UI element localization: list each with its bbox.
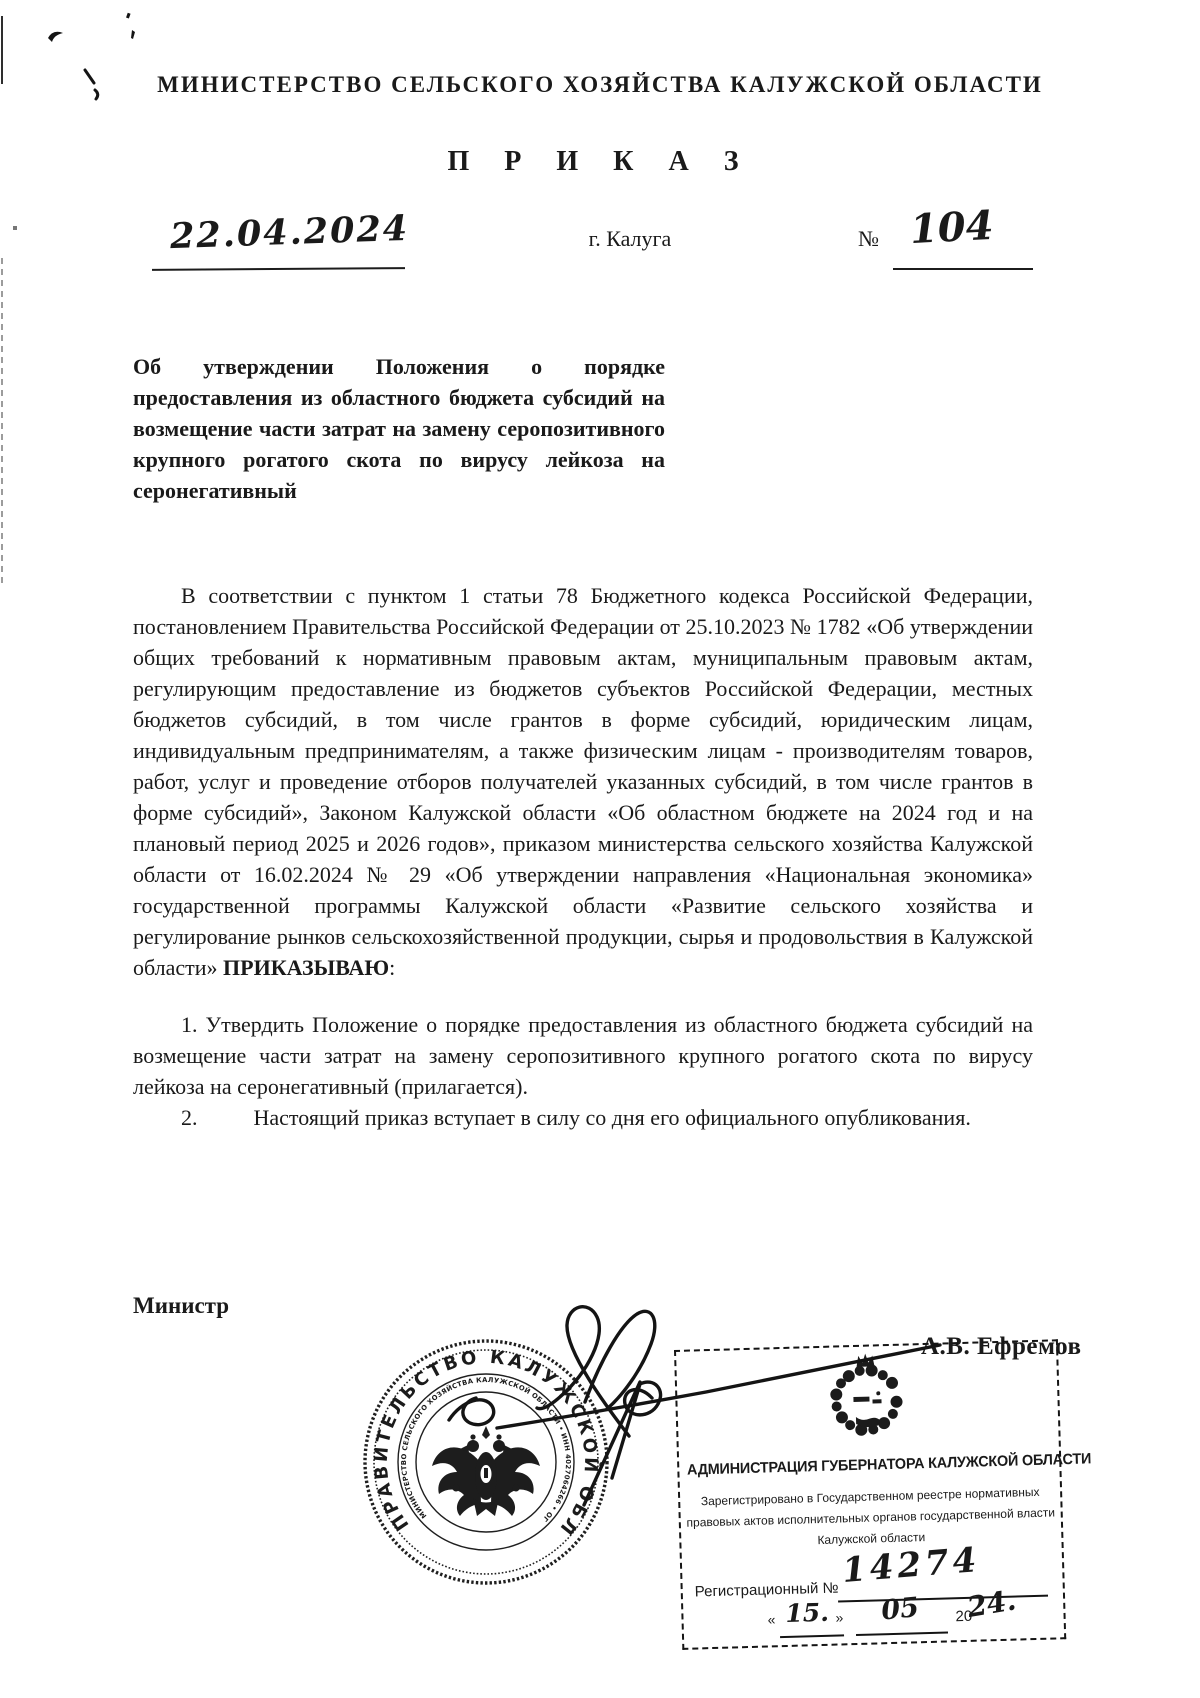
signer-position: Министр (133, 1293, 229, 1319)
date-underline (152, 267, 405, 271)
stamp-month-underline (856, 1631, 948, 1636)
stamp-day-handwritten: 15. (785, 1598, 829, 1628)
stamp-day-underline (780, 1634, 844, 1638)
number-sign: № (858, 226, 879, 252)
registration-number-underline (838, 1595, 1048, 1603)
item2-text: Настоящий приказ вступает в силу со дня … (254, 1105, 971, 1130)
document-type-title: П Р И К А З (0, 146, 1200, 178)
stamp-year-handwritten: 24. (965, 1583, 1019, 1624)
scan-edge-dashed-artifact (1, 258, 3, 588)
item2-number: 2. (181, 1105, 198, 1130)
order-item-1: 1. Утвердить Положение о порядке предост… (133, 1009, 1033, 1102)
orders-word: ПРИКАЗЫВАЮ (223, 955, 389, 980)
date-quote-open: « (767, 1611, 775, 1627)
date-quote-close: » (835, 1609, 843, 1625)
preamble-paragraph: В соответствии с пунктом 1 статьи 78 Бюд… (133, 580, 1033, 983)
stamp-month-handwritten: 05 (880, 1592, 920, 1627)
orders-colon: : (389, 955, 395, 980)
scanned-order-document: МИНИСТЕРСТВО СЕЛЬСКОГО ХОЗЯЙСТВА КАЛУЖСК… (0, 0, 1200, 1698)
order-number-handwritten: 104 (909, 202, 995, 253)
scan-speck-artifacts (0, 0, 170, 260)
order-item-2: 2.Настоящий приказ вступает в силу со дн… (133, 1102, 1033, 1133)
preamble-text: В соответствии с пунктом 1 статьи 78 Бюд… (133, 583, 1033, 980)
order-body: В соответствии с пунктом 1 статьи 78 Бюд… (133, 580, 1033, 1133)
minister-signature (430, 1270, 1010, 1520)
number-underline (893, 268, 1033, 270)
order-date-handwritten: 22.04.2024 (169, 208, 409, 257)
order-subject: Об утверждении Положения о порядке предо… (133, 351, 665, 506)
place-of-issue: г. Калуга (558, 226, 702, 252)
ministry-header: МИНИСТЕРСТВО СЕЛЬСКОГО ХОЗЯЙСТВА КАЛУЖСК… (0, 72, 1200, 98)
